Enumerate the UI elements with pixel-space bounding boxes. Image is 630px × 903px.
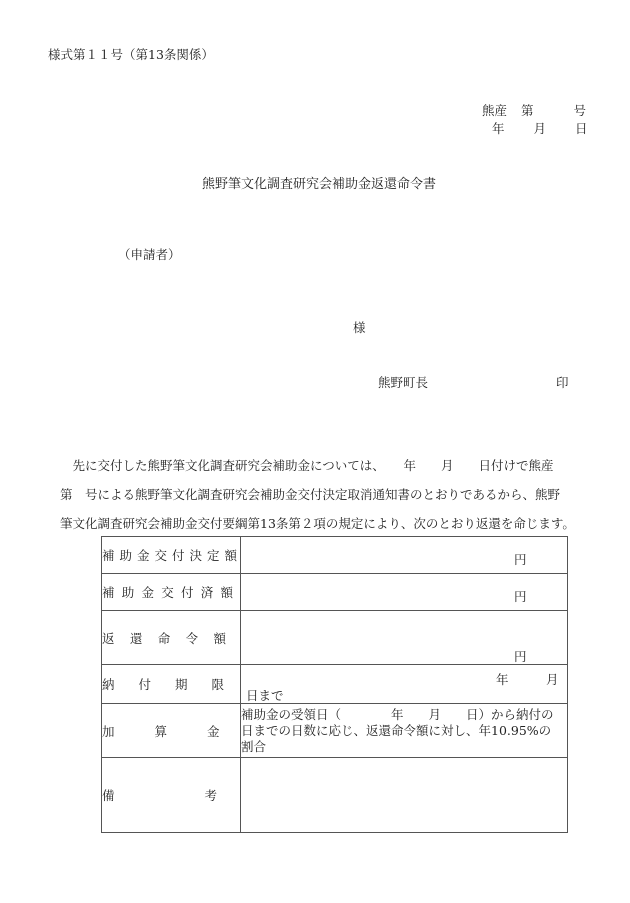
document-number: 熊産 第 号 xyxy=(482,105,586,118)
table-row-decision-amount: 補助金交付決定額 円 xyxy=(102,537,568,574)
yen-unit: 円 xyxy=(514,550,527,568)
date-day: 日 xyxy=(575,123,588,136)
deadline-field[interactable]: 年 月 日まで xyxy=(241,665,568,704)
deadline-year-month: 年 月 xyxy=(496,670,559,688)
addressee-honorific: 様 xyxy=(353,322,366,335)
row-label: 返還命令額 xyxy=(102,611,241,665)
body-line-3: 筆文化調査研究会補助金交付要綱第13条第２項の規定により、次のとおり返還を命じま… xyxy=(60,509,590,538)
row-label: 補助金交付決定額 xyxy=(102,537,241,574)
paid-amount-field[interactable]: 円 xyxy=(241,574,568,611)
applicant-label: （申請者） xyxy=(118,249,181,262)
date-month: 月 xyxy=(534,123,547,136)
doc-number-dai: 第 xyxy=(521,105,534,118)
body-line-2: 第 号による熊野筆文化調査研究会補助金交付決定取消通知書のとおりであるから、熊野 xyxy=(60,480,590,509)
doc-number-go: 号 xyxy=(574,105,587,118)
repayment-table: 補助金交付決定額 円 補助金交付済額 円 返還命令額 円 納付期限 年 月 日ま… xyxy=(101,536,568,833)
table-row-paid-amount: 補助金交付済額 円 xyxy=(102,574,568,611)
document-date: 年 月 日 xyxy=(492,123,588,136)
seal-mark: 印 xyxy=(556,377,569,390)
repayment-amount-field[interactable]: 円 xyxy=(241,611,568,665)
body-line-1: 先に交付した熊野筆文化調査研究会補助金については、 年 月 日付けで熊産 xyxy=(60,451,590,480)
deadline-day: 日まで xyxy=(246,686,284,704)
row-label: 納付期限 xyxy=(102,665,241,704)
row-label: 備考 xyxy=(102,758,241,833)
issuer-name: 熊野町長 xyxy=(378,377,428,390)
remarks-field[interactable] xyxy=(241,758,568,833)
table-row-additional-charge: 加算金 補助金の受領日（ 年 月 日）から納付の 日までの日数に応じ、返還命令額… xyxy=(102,704,568,758)
form-number: 様式第１１号（第13条関係） xyxy=(48,49,214,62)
decision-amount-field[interactable]: 円 xyxy=(241,537,568,574)
row-label: 補助金交付済額 xyxy=(102,574,241,611)
table-row-repayment-amount: 返還命令額 円 xyxy=(102,611,568,665)
doc-number-prefix: 熊産 xyxy=(482,105,507,118)
additional-charge-text: 補助金の受領日（ 年 月 日）から納付の 日までの日数に応じ、返還命令額に対し、… xyxy=(241,704,568,758)
date-year: 年 xyxy=(492,123,505,136)
yen-unit: 円 xyxy=(514,647,527,665)
document-title: 熊野筆文化調査研究会補助金返還命令書 xyxy=(202,178,436,191)
yen-unit: 円 xyxy=(514,587,527,605)
row-label: 加算金 xyxy=(102,704,241,758)
order-body: 先に交付した熊野筆文化調査研究会補助金については、 年 月 日付けで熊産第 号に… xyxy=(60,451,590,538)
table-row-remarks: 備考 xyxy=(102,758,568,833)
table-row-deadline: 納付期限 年 月 日まで xyxy=(102,665,568,704)
